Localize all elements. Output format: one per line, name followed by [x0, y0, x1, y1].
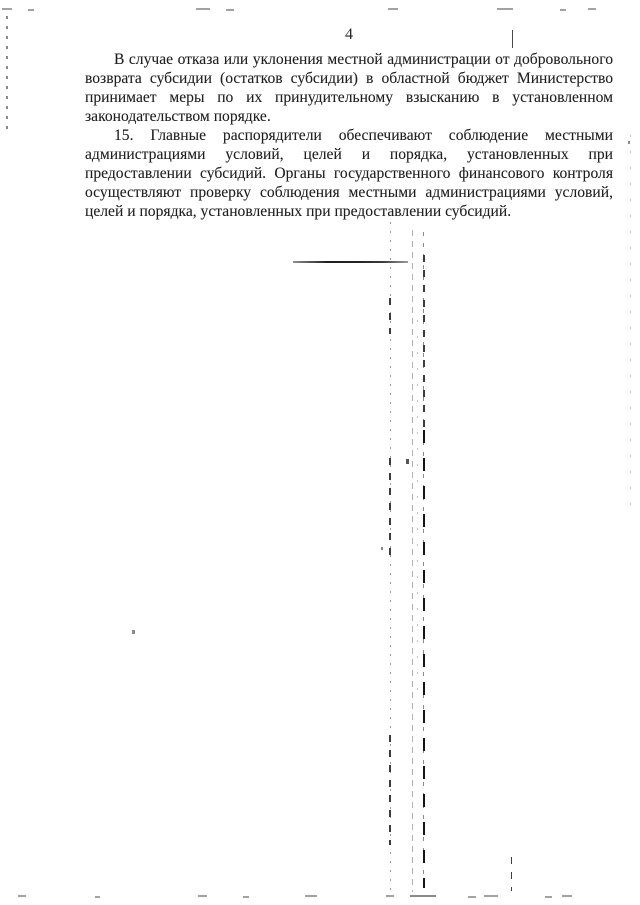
scan-noise-dash — [545, 896, 552, 898]
scan-noise-vline — [417, 320, 418, 690]
scan-noise-dash — [560, 9, 566, 11]
scan-noise-dash — [562, 895, 572, 897]
scan-noise-speck — [132, 630, 135, 634]
text-line: 15. Главные распорядители обеспечивают с… — [85, 126, 613, 145]
text-line: В случае отказа или уклонения местной ад… — [85, 50, 613, 69]
scan-noise-dash — [497, 8, 513, 10]
paragraph-2: 15. Главные распорядители обеспечивают с… — [85, 126, 613, 221]
scan-noise-dash — [410, 895, 436, 897]
document-text: В случае отказа или уклонения местной ад… — [85, 50, 613, 221]
scan-noise-dash — [18, 895, 26, 897]
scan-noise-dash — [588, 8, 596, 10]
scan-noise-dash — [243, 896, 249, 898]
scan-noise-dash — [198, 895, 207, 897]
scan-noise-dash — [2, 8, 12, 10]
text-line: целей и порядка, установленных при предо… — [85, 202, 613, 221]
scan-noise-vline — [389, 458, 391, 558]
scan-noise-dash — [28, 9, 34, 11]
text-line: предоставлении субсидий. Органы государс… — [85, 164, 613, 183]
scan-noise-dash — [305, 895, 317, 897]
scan-noise-vline — [6, 16, 8, 134]
scanned-document-page: 4 В случае отказа или уклонения местной … — [0, 0, 640, 905]
text-line: осуществляют проверку соблюдения местным… — [85, 183, 613, 202]
scan-noise-dash — [95, 896, 100, 898]
text-line: администрациями условий, целей и порядка… — [85, 145, 613, 164]
scan-noise-vline — [412, 230, 413, 892]
scan-noise-dash — [386, 895, 394, 897]
scan-noise-vline — [389, 735, 391, 845]
text-line: законодательством порядке. — [85, 107, 613, 126]
scan-noise-vline — [423, 430, 425, 888]
scan-noise-vline — [511, 857, 512, 891]
scan-noise-vline — [630, 135, 631, 515]
scan-noise-dash — [388, 8, 398, 10]
scan-noise-speck — [628, 141, 630, 144]
scan-noise-dash — [468, 896, 476, 898]
page-number: 4 — [85, 26, 613, 44]
scan-noise-vline — [423, 255, 425, 430]
scan-noise-vline — [389, 298, 391, 334]
scan-noise-vline — [512, 30, 513, 48]
scan-noise-speck — [381, 547, 383, 550]
scan-noise-speck — [406, 459, 409, 464]
text-line: возврата субсидии (остатков субсидии) в … — [85, 69, 613, 88]
scan-noise-dash — [484, 895, 498, 897]
scan-noise-dash — [196, 8, 210, 10]
paragraph-1: В случае отказа или уклонения местной ад… — [85, 50, 613, 126]
scan-noise-dash — [226, 9, 234, 11]
text-line: принимает меры по их принудительному взы… — [85, 88, 613, 107]
